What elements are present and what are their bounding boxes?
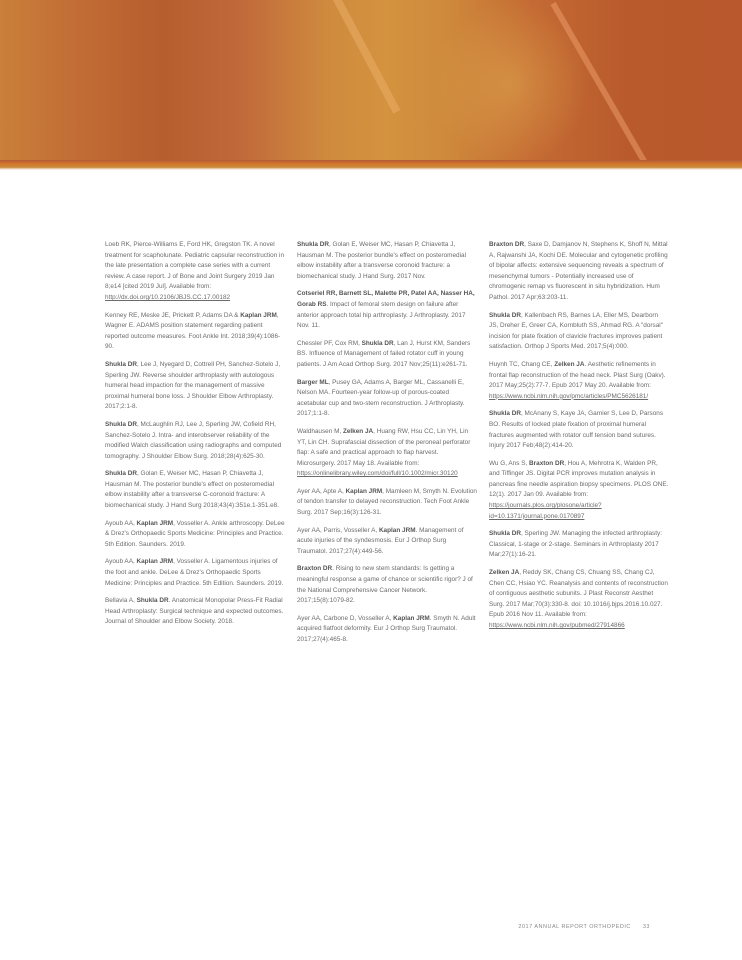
reference-author-bold: Kaplan JRM [346, 488, 383, 495]
reference-entry: Shukla DR, Golan E, Weiser MC, Hasan P, … [297, 240, 477, 282]
reference-author-bold: Kaplan JRM [240, 312, 277, 319]
reference-link[interactable]: https://journals.plos.org/plosone/articl… [489, 502, 602, 520]
reference-text: Kenney RE, Meske JE, Prickett P, Adams D… [105, 312, 240, 319]
reference-author-bold: Braxton DR [297, 565, 332, 572]
reference-text: Waldhausen M, [297, 428, 343, 435]
reference-text: Bellavia A, [105, 597, 137, 604]
reference-entry: Ayer AA, Apte A, Kaplan JRM, Mamleen M, … [297, 487, 477, 519]
banner-edge [0, 160, 742, 170]
reference-entry: Wu G, Ans S, Braxton DR, Hou A, Mehrotra… [489, 459, 669, 523]
reference-text: Huynh TC, Chang CE, [489, 361, 554, 368]
reference-author-bold: Shukla DR [105, 470, 137, 477]
page-number: 33 [643, 924, 650, 930]
reference-text: , Saxe D, Damjanov N, Stephens K, Shoff … [489, 241, 668, 301]
reference-entry: Ayer AA, Parris, Vosseller A, Kaplan JRM… [297, 526, 477, 558]
reference-author-bold: Kaplan JRM [379, 527, 416, 534]
reference-entry: Shukla DR, Kallenbach RS, Barnes LA, Ell… [489, 311, 669, 353]
reference-entry: Braxton DR, Saxe D, Damjanov N, Stephens… [489, 240, 669, 304]
reference-link[interactable]: https://onlinelibrary.wiley.com/doi/full… [297, 470, 458, 477]
reference-entry: Braxton DR. Rising to new stem standards… [297, 564, 477, 606]
reference-entry: Shukla DR, Lee J, Nyegard D, Cottrell PH… [105, 360, 285, 413]
reference-entry: Bellavia A, Shukla DR. Anatomical Monopo… [105, 596, 285, 628]
reference-link[interactable]: http://dx.doi.org/10.2106/JBJS.CC.17.001… [105, 294, 230, 301]
reference-author-bold: Shukla DR [137, 597, 169, 604]
reference-author-bold: Kaplan JRM [137, 558, 174, 565]
reference-author-bold: Shukla DR [105, 421, 137, 428]
reference-entry: Ayoub AA, Kaplan JRM, Vosseller A. Ligam… [105, 557, 285, 589]
reference-text: Loeb RK, Pierce-Williams E, Ford HK, Gre… [105, 241, 284, 290]
reference-author-bold: Braxton DR [529, 460, 564, 467]
column-2: Shukla DR, Golan E, Weiser MC, Hasan P, … [297, 240, 477, 653]
reference-entry: Barger ML, Pusey GA, Adams A, Barger ML,… [297, 378, 477, 420]
reference-author-bold: Shukla DR [489, 530, 521, 537]
page-footer: 2017 ANNUAL REPORT ORTHOPEDIC 33 [518, 924, 650, 930]
reference-entry: Shukla DR, Golan E, Weiser MC, Hasan P, … [105, 469, 285, 511]
reference-text: Ayer AA, Carbone D, Vosseller A, [297, 615, 393, 622]
reference-entry: Chessler PF, Cox RM, Shukla DR, Lan J, H… [297, 339, 477, 371]
reference-link[interactable]: https://www.ncbi.nlm.nih.gov/pubmed/2791… [489, 622, 625, 629]
reference-entry: Waldhausen M, Zelken JA, Huang RW, Hsu C… [297, 427, 477, 480]
reference-author-bold: Shukla DR [105, 361, 137, 368]
reference-entry: Zelken JA, Reddy SK, Chang CS, Chuang SS… [489, 568, 669, 632]
reference-author-bold: Shukla DR [489, 312, 521, 319]
reference-author-bold: Barger ML [297, 379, 329, 386]
reference-author-bold: Shukla DR [362, 340, 394, 347]
reference-entry: Cotseriel RR, Barnett SL, Malette PR, Pa… [297, 289, 477, 331]
reference-entry: Shukla DR, McAnany S, Kaye JA, Garnier S… [489, 409, 669, 451]
reference-link[interactable]: https://www.ncbi.nlm.nih.gov/pmc/article… [489, 393, 648, 400]
reference-author-bold: Kaplan JRM [393, 615, 430, 622]
reference-entry: Loeb RK, Pierce-Williams E, Ford HK, Gre… [105, 240, 285, 304]
references-columns: Loeb RK, Pierce-Williams E, Ford HK, Gre… [105, 240, 675, 653]
reference-author-bold: Shukla DR [489, 410, 521, 417]
header-banner [0, 0, 742, 168]
reference-author-bold: Zelken JA [489, 569, 519, 576]
column-1: Loeb RK, Pierce-Williams E, Ford HK, Gre… [105, 240, 285, 653]
reference-text: Ayoub AA, [105, 558, 137, 565]
reference-author-bold: Braxton DR [489, 241, 524, 248]
reference-author-bold: Shukla DR [297, 241, 329, 248]
footer-text: 2017 ANNUAL REPORT ORTHOPEDIC [518, 924, 630, 930]
reference-text: Ayer AA, Apte A, [297, 488, 346, 495]
banner-streak [328, 0, 401, 114]
reference-entry: Ayoub AA, Kaplan JRM, Vosseller A. Ankle… [105, 519, 285, 551]
reference-text: Ayoub AA, [105, 520, 137, 527]
reference-entry: Kenney RE, Meske JE, Prickett P, Adams D… [105, 311, 285, 353]
reference-entry: Shukla DR, McLaughlin RJ, Lee J, Sperlin… [105, 420, 285, 462]
reference-text: Chessler PF, Cox RM, [297, 340, 362, 347]
reference-entry: Shukla DR, Sperling JW. Managing the inf… [489, 529, 669, 561]
reference-text: , Reddy SK, Chang CS, Chuang SS, Chang C… [489, 569, 668, 618]
reference-entry: Huynh TC, Chang CE, Zelken JA. Aesthetic… [489, 360, 669, 402]
reference-entry: Ayer AA, Carbone D, Vosseller A, Kaplan … [297, 614, 477, 646]
reference-author-bold: Zelken JA [554, 361, 584, 368]
reference-text: Ayer AA, Parris, Vosseller A, [297, 527, 379, 534]
reference-author-bold: Zelken JA [343, 428, 373, 435]
reference-author-bold: Kaplan JRM [137, 520, 174, 527]
column-3: Braxton DR, Saxe D, Damjanov N, Stephens… [489, 240, 669, 653]
reference-text: , Lee J, Nyegard D, Cottrell PH, Sanchez… [105, 361, 280, 410]
reference-text: Wu G, Ans S, [489, 460, 529, 467]
